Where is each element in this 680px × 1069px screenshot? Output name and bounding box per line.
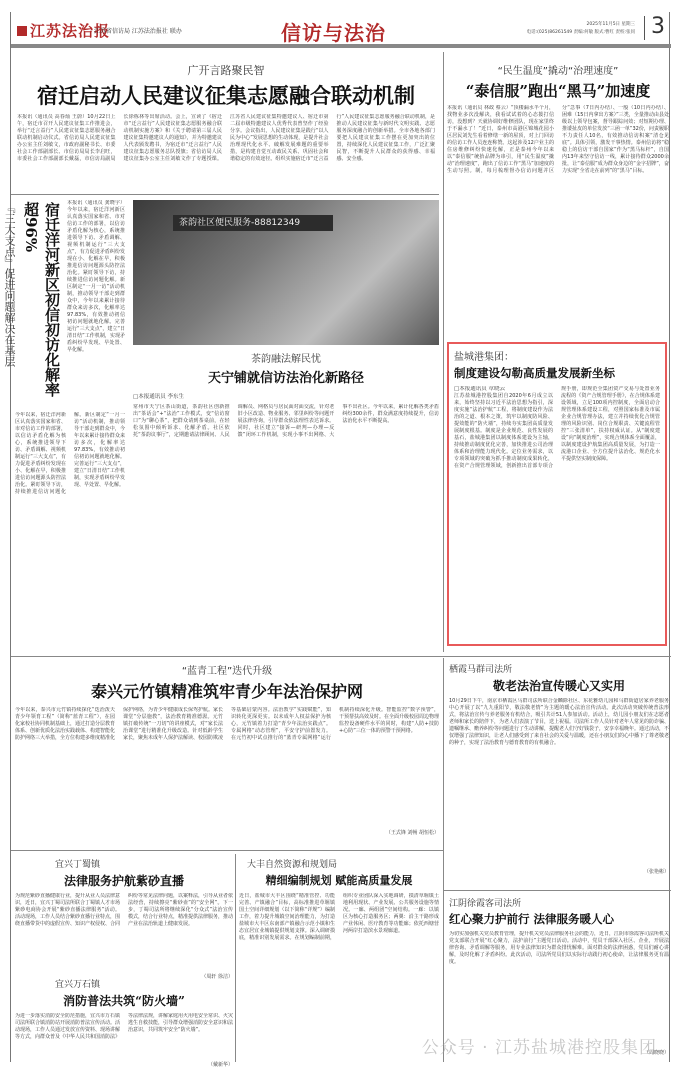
divider (11, 850, 443, 851)
elder-body: 10月29日下午，南京市栖霞区马群司法所联合金麟除社区、东花雅幼儿园和马群街道居… (449, 698, 669, 868)
column-divider (235, 854, 236, 1062)
youth-author: （王式锋 刘畅 胡恒松） (15, 829, 439, 836)
highlighted-headline: 制度建设勾勒高质量发展新坐标 (454, 365, 660, 381)
lead-headline: 宿迁启动人民建议征集志愿融合联动机制 (13, 80, 439, 110)
wanshi-article[interactable]: 宜兴万石镇 消防普法共筑“防火墙” 为进一步落实消防安全防范措施，宜兴市万石镇司… (15, 977, 233, 1068)
issue-date: 2025年11月5日 星期三 (527, 21, 635, 29)
right-top-headline: “泰信服”跑出“黑马”加速度 (447, 80, 669, 101)
elder-headline: 敬老法治宣传暖心又实用 (449, 677, 669, 694)
dingshu-kicker: 宜兴丁蜀镇 (15, 857, 233, 870)
elder-kicker: 栖霞马群司法所 (449, 662, 669, 675)
watermark: 公众号 · 江苏盐城港控股集团 (422, 1033, 657, 1058)
newspaper-page: 江苏法治报 江苏省信访局 江苏法治报社 联办 信访与法治 2025年11月5日 … (10, 12, 670, 1062)
photo-feature-kicker: 茶韵融法解民忧 (133, 350, 439, 365)
xiaxia-kicker: 江阴徐霞客司法所 (449, 896, 669, 909)
wanshi-kicker: 宜兴万石镇 (15, 977, 233, 990)
divider (11, 194, 439, 195)
elder-article[interactable]: 栖霞马群司法所 敬老法治宣传暖心又实用 10月29日下午，南京市栖霞区马群司法所… (449, 662, 669, 875)
elder-author: （张艳彬） (449, 868, 669, 875)
xiaxia-article[interactable]: 江阴徐霞客司法所 红心聚力护前行 法律服务暖人心 为切实加强机关党员教育管理，提… (449, 896, 669, 1056)
side-kicker: 『三大支点』促进问题解决在基层 (1, 202, 17, 402)
masthead: 江苏法治报 江苏省信访局 江苏法治报社 联办 信访与法治 2025年11月5日 … (11, 12, 671, 42)
dafeng-article[interactable]: 大丰自然资源和规划局 精细编制规划 赋能高质量发展 近日，盐城市大丰区围绕“精准… (239, 857, 439, 1069)
column-divider (443, 52, 444, 652)
column-divider (443, 658, 444, 1062)
wanshi-author: （戴新华） (15, 1061, 233, 1068)
logo-mark-icon (17, 26, 27, 36)
side-body-bottom: 今年以来，宿迁洋河新区认真落实国家和省、市对信访工作的部署，以信访矛盾化解为核心… (15, 412, 125, 652)
xiaxia-headline: 红心聚力护前行 法律服务暖人心 (449, 911, 669, 927)
masthead-rule (11, 44, 671, 48)
dingshu-headline: 法律服务护航紫砂直播 (15, 872, 233, 889)
dingshu-article[interactable]: 宜兴丁蜀镇 法律服务护航紫砂直播 为规范紫砂直播健康行业，提升从业人员法律意识，… (15, 857, 233, 980)
divider (443, 890, 671, 891)
lead-kicker: 广开言路聚民智 (13, 62, 439, 78)
photo-feature-headline: 天宁铺就信访法治化新路径 (133, 367, 439, 386)
side-headline: 宿迁洋河新区初信初访化解率超96% (21, 202, 63, 402)
dafeng-kicker: 大丰自然资源和规划局 (239, 857, 439, 870)
wanshi-headline: 消防普法共筑“防火墙” (15, 992, 233, 1009)
lead-body: 本报讯（通讯员 高春灿 王蔚）10月22日上午，宿迁市召开人民建议征集工作推进会… (13, 114, 439, 204)
highlighted-body: □本报通讯员 章晓云 江苏盐城港控股集团自2020年6月成立以来，始终坚持以习近… (454, 386, 660, 636)
lead-article[interactable]: 广开言路聚民智 宿迁启动人民建议征集志愿融合联动机制 本报讯（通讯员 高春灿 王… (13, 62, 439, 204)
highlighted-article[interactable]: 盐城港集团： 制度建设勾勒高质量发展新坐标 □本报通讯员 章晓云 江苏盐城港控股… (447, 342, 667, 646)
section-title: 信访与法治 (281, 17, 386, 46)
photo-feature-body: 常州市天宁区茶山街道，茶韵社区创新推出“茶话会”+“法治”工作模式，变“信访窗口… (133, 404, 439, 622)
divider (11, 656, 671, 657)
xiaxia-body: 为切实加强机关党员教育管理，提升机关党员法律服务社会的能力，近日，江阴市徐霞客司… (449, 931, 669, 1049)
youth-body: 今年以来，泰兴市元竹镇持续探化“迭治泼天青少年领育工程”（简称“蓝青工程”），在… (15, 707, 439, 829)
photo-banner: 茶韵社区便民服务-88812349 (173, 215, 333, 231)
page-number: 3 (644, 16, 665, 40)
wanshi-body: 为进一步落实消防安全防范措施，宜兴市万石镇司法所联合镇消防站开展消防普法宣传活动… (15, 1013, 233, 1061)
dafeng-body: 近日，盐城市大丰区围绕“精准管控、功能完善、产镇融合”目标，高标准推进草堰镇国土… (239, 893, 439, 1069)
highlighted-kicker: 盐城港集团： (454, 348, 660, 363)
editors-line: 电话:(025)86261549 责编:何敏 版式:曹红 责校:张同 (527, 29, 635, 37)
photo-feature-article[interactable]: 茶韵融法解民忧 天宁铺就信访法治化新路径 □本报通讯员 李东生 常州市天宁区茶山… (133, 350, 439, 622)
youth-article[interactable]: “蓝青工程”迭代升级 泰兴元竹镇精准筑牢青少年法治保护网 今年以来，泰兴市元竹镇… (15, 662, 439, 836)
right-top-kicker: “民生温度”撬动“治理速度” (447, 62, 669, 77)
feature-photo: 茶韵社区便民服务-88812349 (133, 200, 439, 345)
organizers: 江苏省信访局 江苏法治报社 联办 (94, 26, 182, 35)
dingshu-body: 为规范紫砂直播健康行业，提升从业人员法律意识，近日，宜兴丁蜀司法所联合丁蜀镇人才… (15, 893, 233, 973)
youth-headline: 泰兴元竹镇精准筑牢青少年法治保护网 (15, 679, 439, 702)
issue-meta: 2025年11月5日 星期三 电话:(025)86261549 责编:何敏 版式… (527, 21, 635, 37)
right-top-article[interactable]: “民生温度”撬动“治理速度” “泰信服”跑出“黑马”加速度 本报讯（通讯员 林政… (447, 62, 669, 327)
dafeng-headline: 精细编制规划 赋能高质量发展 (239, 872, 439, 888)
right-top-body: 本报讯（通讯员 林政 蔡云）“顶楼漏水半个月，找物业多次没解决，我看试试着的心态… (447, 105, 669, 327)
youth-kicker: “蓝青工程”迭代升级 (15, 662, 439, 677)
side-article-title[interactable]: 宿迁洋河新区初信初访化解率超96% 『三大支点』促进问题解决在基层 (15, 202, 63, 412)
photo-feature-byline: □本报通讯员 李东生 (133, 392, 439, 400)
